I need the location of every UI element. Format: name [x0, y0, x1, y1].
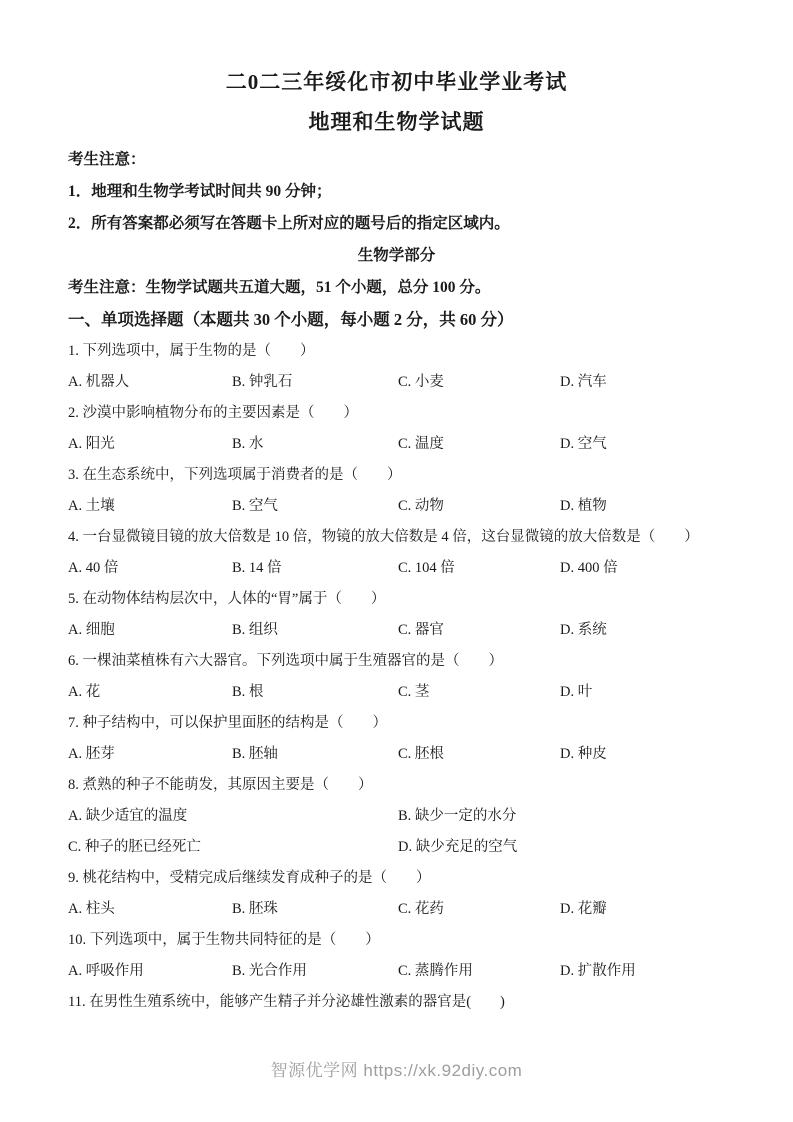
option-a: A. 土壤: [68, 491, 232, 522]
question-1-options: A. 机器人 B. 钟乳石 C. 小麦 D. 汽车: [68, 367, 763, 398]
question-4-options: A. 40 倍 B. 14 倍 C. 104 倍 D. 400 倍: [68, 553, 763, 584]
option-a: A. 机器人: [68, 367, 232, 398]
exam-page: 二0二三年绥化市初中毕业学业考试 地理和生物学试题 考生注意： 1．地理和生物学…: [0, 0, 793, 1122]
option-a: A. 细胞: [68, 615, 232, 646]
option-b: B. 缺少一定的水分: [398, 801, 763, 832]
option-c: C. 茎: [398, 677, 560, 708]
question-list: 1. 下列选项中，属于生物的是（ ） A. 机器人 B. 钟乳石 C. 小麦 D…: [68, 336, 763, 1018]
option-d: D. 花瓣: [560, 894, 763, 925]
option-c: C. 器官: [398, 615, 560, 646]
question-10-text: 10. 下列选项中，属于生物共同特征的是（ ）: [68, 925, 763, 956]
option-c: C. 蒸腾作用: [398, 956, 560, 987]
question-3-options: A. 土壤 B. 空气 C. 动物 D. 植物: [68, 491, 763, 522]
option-d: D. 植物: [560, 491, 763, 522]
option-b: B. 光合作用: [232, 956, 398, 987]
option-c: C. 小麦: [398, 367, 560, 398]
option-d: D. 汽车: [560, 367, 763, 398]
notice-item-1: 1．地理和生物学考试时间共 90 分钟；: [68, 176, 763, 208]
part-heading: 生物学部分: [0, 240, 793, 272]
question-8-text: 8. 煮熟的种子不能萌发，其原因主要是（ ）: [68, 770, 763, 801]
question-3-text: 3. 在生态系统中，下列选项属于消费者的是（ ）: [68, 460, 763, 491]
option-a: A. 缺少适宜的温度: [68, 801, 398, 832]
question-5-options: A. 细胞 B. 组织 C. 器官 D. 系统: [68, 615, 763, 646]
question-2-options: A. 阳光 B. 水 C. 温度 D. 空气: [68, 429, 763, 460]
notice-item-2: 2．所有答案都必须写在答题卡上所对应的题号后的指定区域内。: [68, 208, 763, 240]
question-9-text: 9. 桃花结构中，受精完成后继续发育成种子的是（ ）: [68, 863, 763, 894]
option-a: A. 40 倍: [68, 553, 232, 584]
question-4-text: 4. 一台显微镜目镜的放大倍数是 10 倍，物镜的放大倍数是 4 倍，这台显微镜…: [68, 522, 763, 553]
section-heading: 一、单项选择题（本题共 30 个小题，每小题 2 分，共 60 分）: [68, 304, 763, 336]
question-2-text: 2. 沙漠中影响植物分布的主要因素是（ ）: [68, 398, 763, 429]
option-d: D. 种皮: [560, 739, 763, 770]
doc-title-line2: 地理和生物学试题: [0, 102, 793, 142]
option-c: C. 种子的胚已经死亡: [68, 832, 398, 863]
question-8-options-row1: A. 缺少适宜的温度 B. 缺少一定的水分: [68, 801, 763, 832]
option-b: B. 根: [232, 677, 398, 708]
option-d: D. 叶: [560, 677, 763, 708]
option-d: D. 扩散作用: [560, 956, 763, 987]
question-1-text: 1. 下列选项中，属于生物的是（ ）: [68, 336, 763, 367]
option-b: B. 空气: [232, 491, 398, 522]
option-b: B. 胚珠: [232, 894, 398, 925]
question-7-options: A. 胚芽 B. 胚轴 C. 胚根 D. 种皮: [68, 739, 763, 770]
option-b: B. 钟乳石: [232, 367, 398, 398]
option-b: B. 组织: [232, 615, 398, 646]
question-6-text: 6. 一棵油菜植株有六大器官。下列选项中属于生殖器官的是（ ）: [68, 646, 763, 677]
option-d: D. 空气: [560, 429, 763, 460]
option-c: C. 花药: [398, 894, 560, 925]
option-d: D. 400 倍: [560, 553, 763, 584]
part-notice: 考生注意：生物学试题共五道大题，51 个小题，总分 100 分。: [68, 272, 763, 304]
question-9-options: A. 柱头 B. 胚珠 C. 花药 D. 花瓣: [68, 894, 763, 925]
doc-title-line1: 二0二三年绥化市初中毕业学业考试: [0, 62, 793, 102]
option-b: B. 14 倍: [232, 553, 398, 584]
option-d: D. 缺少充足的空气: [398, 832, 763, 863]
question-8-options-row2: C. 种子的胚已经死亡 D. 缺少充足的空气: [68, 832, 763, 863]
option-d: D. 系统: [560, 615, 763, 646]
question-6-options: A. 花 B. 根 C. 茎 D. 叶: [68, 677, 763, 708]
question-10-options: A. 呼吸作用 B. 光合作用 C. 蒸腾作用 D. 扩散作用: [68, 956, 763, 987]
option-a: A. 胚芽: [68, 739, 232, 770]
option-a: A. 呼吸作用: [68, 956, 232, 987]
option-c: C. 104 倍: [398, 553, 560, 584]
exam-notice-block: 考生注意： 1．地理和生物学考试时间共 90 分钟； 2．所有答案都必须写在答题…: [68, 144, 763, 336]
notice-heading: 考生注意：: [68, 144, 763, 176]
question-11-text: 11. 在男性生殖系统中，能够产生精子并分泌雄性激素的器官是( ): [68, 987, 763, 1018]
option-a: A. 柱头: [68, 894, 232, 925]
option-a: A. 花: [68, 677, 232, 708]
option-c: C. 动物: [398, 491, 560, 522]
option-a: A. 阳光: [68, 429, 232, 460]
option-b: B. 水: [232, 429, 398, 460]
option-b: B. 胚轴: [232, 739, 398, 770]
question-5-text: 5. 在动物体结构层次中，人体的“胃”属于（ ）: [68, 584, 763, 615]
option-c: C. 胚根: [398, 739, 560, 770]
option-c: C. 温度: [398, 429, 560, 460]
watermark-footer: 智源优学网 https://xk.92diy.com: [0, 1056, 793, 1081]
question-7-text: 7. 种子结构中，可以保护里面胚的结构是（ ）: [68, 708, 763, 739]
